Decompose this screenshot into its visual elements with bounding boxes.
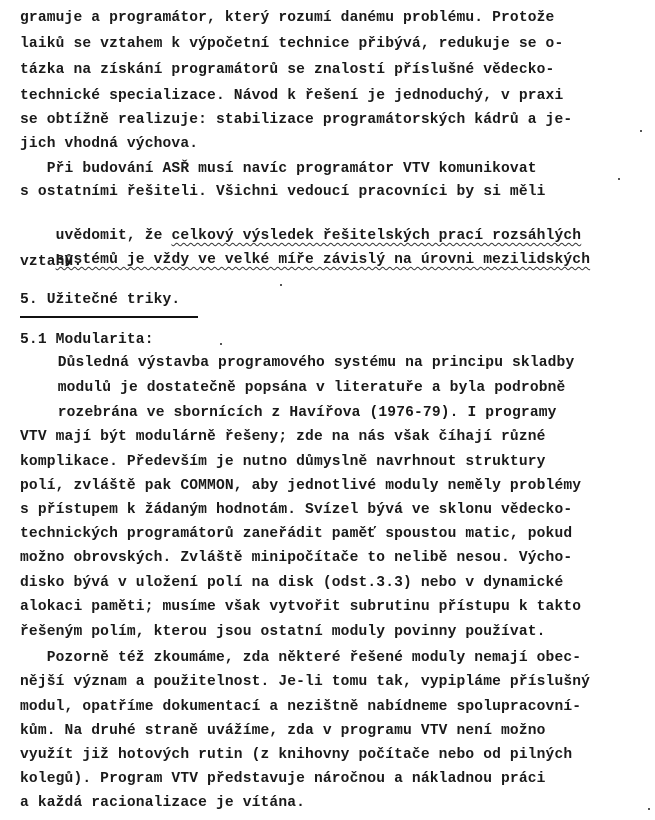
scan-speck [640, 130, 642, 132]
text-line: laiků se vztahem k výpočetní technice př… [20, 34, 563, 54]
subsection-heading: 5.1 Modularita: [20, 330, 154, 350]
text-line: polí, zvláště pak COMMON, aby jednotlivé… [20, 476, 581, 496]
underlined-emphasis: systémů je vždy ve velké míře závislý na… [56, 252, 590, 268]
text-line: technické specializace. Návod k řešení j… [20, 86, 563, 106]
text-line: disko bývá v uložení polí na disk (odst.… [20, 573, 563, 593]
text-line: řešeným polím, kterou jsou ostatní modul… [20, 622, 546, 642]
text-line: modulů je dostatečně popsána v literatuř… [31, 378, 565, 398]
text-line: systémů je vždy ve velké míře závislý na… [20, 230, 590, 290]
text-line: nější význam a použitelnost. Je-li tomu … [20, 672, 590, 692]
text-line: Pozorně též zkoumáme, zda některé řešené… [20, 648, 581, 668]
text-line: možno obrovských. Zvláště minipočítače t… [20, 548, 572, 568]
text-line: a každá racionalizace je vítána. [20, 793, 305, 813]
text-line: jich vhodná výchova. [20, 134, 198, 154]
text-line: vztahů. [20, 252, 82, 272]
text-line: tázka na získání programátorů se znalost… [20, 60, 554, 80]
text-line: alokaci paměti; musíme však vytvořit sub… [20, 597, 581, 617]
text-line: se obtížně realizuje: stabilizace progra… [20, 110, 572, 130]
heading-underline [20, 316, 198, 318]
scan-speck [220, 343, 222, 345]
text-line: kům. Na druhé straně uvážíme, zda v prog… [20, 721, 546, 741]
text-line: kolegů). Program VTV představuje náročno… [20, 769, 546, 789]
text-line: VTV mají být modulárně řešeny; zde na ná… [20, 427, 546, 447]
scan-speck [648, 808, 650, 810]
text-line: s ostatními řešiteli. Všichni vedoucí pr… [20, 182, 546, 202]
text-line: rozebrána ve sbornících z Havířova (1976… [31, 403, 557, 423]
text-line: modul, opatříme dokumentací a nezištně n… [20, 697, 581, 717]
text-line: technických programátorů zaneřádit paměť… [20, 524, 572, 544]
text-line: komplikace. Především je nutno důmyslně … [20, 452, 546, 472]
scanned-document-page: gramuje a programátor, který rozumí dané… [0, 0, 655, 820]
text-line: využít již hotových rutin (z knihovny po… [20, 745, 572, 765]
scan-speck [280, 284, 282, 286]
text-line: s přístupem k žádaným hodnotám. Svízel b… [20, 500, 572, 520]
text-line: gramuje a programátor, který rozumí dané… [20, 8, 554, 28]
section-heading: 5. Užitečné triky. [20, 290, 180, 310]
text-line: Při budování ASŘ musí navíc programátor … [20, 159, 537, 179]
text-line: Důsledná výstavba programového systému n… [31, 353, 574, 373]
scan-speck [618, 178, 620, 180]
